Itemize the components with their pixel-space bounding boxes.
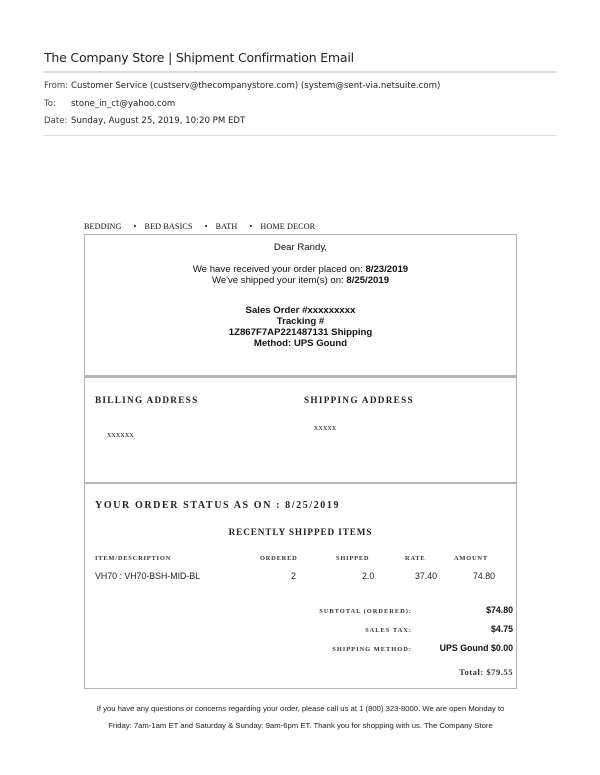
- email-subject: The Company Store | Shipment Confirmatio…: [44, 50, 354, 65]
- tracking-number[interactable]: 1Z867F7AP221487131 Shipping: [85, 327, 516, 338]
- shipping-method-label: SHIPPING METHOD:: [332, 646, 412, 653]
- shipped-text: We've shipped your item(s) on:: [212, 275, 346, 286]
- from-value[interactable]: Customer Service (custserv@thecompanysto…: [71, 81, 440, 91]
- order-placed-date: 8/23/2019: [365, 264, 408, 275]
- order-status-section: YOUR ORDER STATUS AS ON : 8/25/2019 RECE…: [84, 482, 517, 689]
- col-shipped: SHIPPED: [336, 555, 369, 562]
- shipping-method-value: UPS Gound $0.00: [440, 643, 513, 653]
- to-value[interactable]: stone_in_ct@yahoo.com: [71, 99, 175, 109]
- shipping-method-line: Method: UPS Gound: [85, 338, 516, 349]
- addresses-section: BILLING ADDRESS xxxxxx SHIPPING ADDRESS …: [84, 376, 517, 483]
- header-divider: [44, 71, 556, 73]
- salutation: Dear Randy,: [85, 242, 516, 253]
- subtotal-label: SUBTOTAL (ORDERED):: [319, 608, 412, 615]
- tracking-label: Tracking #: [85, 316, 516, 327]
- order-placed-line: We have received your order placed on: 8…: [85, 264, 516, 275]
- order-status-heading: YOUR ORDER STATUS AS ON : 8/25/2019: [95, 500, 340, 511]
- row-ordered: 2: [291, 571, 296, 581]
- row-item[interactable]: VH70 : VH70-BSH-MID-BL: [95, 571, 200, 581]
- order-placed-text: We have received your order placed on:: [193, 264, 366, 275]
- greeting-section: Dear Randy, We have received your order …: [84, 234, 517, 376]
- to-label: To:: [44, 99, 71, 109]
- shipping-address-value: xxxxx: [314, 423, 336, 432]
- billing-address-value: xxxxxx: [107, 430, 134, 439]
- nav-home-decor[interactable]: HOME DECOR: [260, 222, 315, 231]
- col-rate: RATE: [405, 555, 425, 562]
- date-row: Date: Sunday, August 25, 2019, 10:20 PM …: [44, 116, 245, 126]
- nav-bath[interactable]: BATH: [216, 222, 238, 231]
- shipping-address-heading: SHIPPING ADDRESS: [304, 395, 414, 405]
- sales-tax-value: $4.75: [491, 624, 513, 634]
- sales-order-number: Sales Order #xxxxxxxxx: [85, 305, 516, 316]
- from-label: From:: [44, 81, 71, 91]
- nav-bed-basics[interactable]: BED BASICS: [145, 222, 193, 231]
- col-amount: AMOUNT: [454, 555, 488, 562]
- col-item-description: ITEM/DESCRIPTION: [95, 555, 171, 562]
- from-row: From: Customer Service (custserv@thecomp…: [44, 81, 440, 91]
- order-total: Total: $79.55: [459, 667, 513, 677]
- nav-bullet: •: [205, 222, 208, 231]
- store-nav: BEDDING • BED BASICS • BATH • HOME DECOR: [84, 222, 315, 231]
- date-label: Date:: [44, 116, 71, 126]
- meta-divider: [44, 135, 556, 136]
- date-value: Sunday, August 25, 2019, 10:20 PM EDT: [71, 116, 245, 126]
- shipped-line: We've shipped your item(s) on: 8/25/2019: [85, 275, 516, 286]
- nav-bedding[interactable]: BEDDING: [84, 222, 122, 231]
- footer-contact-text: If you have any questions or concerns re…: [84, 700, 517, 734]
- row-shipped: 2.0: [362, 571, 374, 581]
- row-rate: 37.40: [415, 571, 437, 581]
- col-ordered: ORDERED: [260, 555, 298, 562]
- shipped-date: 8/25/2019: [346, 275, 389, 286]
- to-row: To: stone_in_ct@yahoo.com: [44, 99, 175, 109]
- row-amount: 74.80: [473, 571, 495, 581]
- nav-bullet: •: [134, 222, 137, 231]
- sales-tax-label: SALES TAX:: [365, 627, 412, 634]
- subtotal-value: $74.80: [486, 605, 513, 615]
- nav-bullet: •: [249, 222, 252, 231]
- billing-address-heading: BILLING ADDRESS: [95, 395, 199, 405]
- recently-shipped-heading: RECENTLY SHIPPED ITEMS: [85, 527, 516, 537]
